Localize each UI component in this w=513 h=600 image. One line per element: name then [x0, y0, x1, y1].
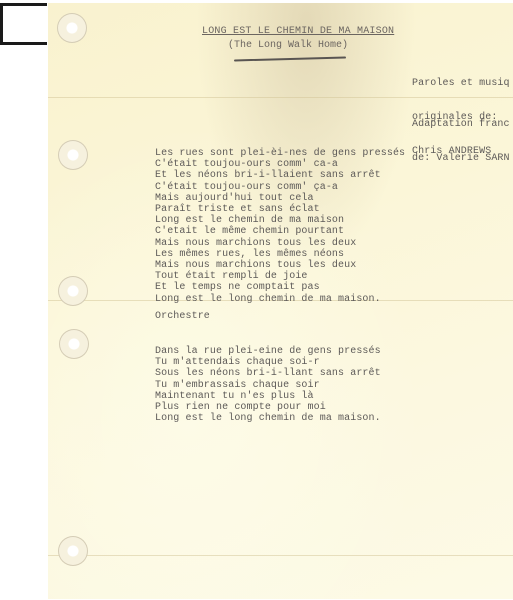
lyric-line: Tu m'embrassais chaque soir: [155, 380, 381, 391]
lyric-line: C'était toujou-ours comm' ça-a: [155, 182, 405, 193]
lyric-line: Les mêmes rues, les mêmes néons: [155, 249, 405, 260]
binder-hole-icon: [58, 536, 88, 566]
credit-line: de: Valerie SARN: [412, 153, 510, 164]
lyric-line: Long est le long chemin de ma maison.: [155, 413, 381, 424]
lyric-line: Plus rien ne compte pour moi: [155, 402, 381, 413]
verse-1: Les rues sont plei-èi-nes de gens pressé…: [155, 148, 405, 305]
lyric-line: Et le temps ne comptait pas: [155, 282, 405, 293]
credit-line: Paroles et musiq: [412, 78, 510, 89]
lyric-line: Tout était rempli de joie: [155, 271, 405, 282]
lyric-line: Long est le long chemin de ma maison.: [155, 294, 405, 305]
paper-fold-line: [48, 555, 513, 556]
scan-border-corner: [0, 3, 47, 45]
credit-line: Adaptation franc: [412, 119, 510, 130]
credits-adaptation: Adaptation franc de: Valerie SARN: [412, 97, 510, 175]
lyric-line: C'etait le même chemin pourtant: [155, 226, 405, 237]
lyric-line: Les rues sont plei-èi-nes de gens pressé…: [155, 148, 405, 159]
lyric-line: Long est le chemin de ma maison: [155, 215, 405, 226]
song-title: LONG EST LE CHEMIN DE MA MAISON: [202, 26, 394, 37]
lyric-line: Sous les néons bri-i-llant sans arrêt: [155, 368, 381, 379]
binder-hole-icon: [59, 329, 89, 359]
lyric-line: Et les néons bri-i-llaient sans arrêt: [155, 170, 405, 181]
section-label: Orchestre: [155, 311, 210, 322]
lyric-line: Paraît triste et sans éclat: [155, 204, 405, 215]
lyric-line: Maintenant tu n'es plus là: [155, 391, 381, 402]
verse-2: Dans la rue plei-eine de gens pressésTu …: [155, 346, 381, 424]
lyric-line: Mais nous marchions tous les deux: [155, 260, 405, 271]
binder-hole-icon: [58, 276, 88, 306]
lyric-line: Mais aujourd'hui tout cela: [155, 193, 405, 204]
lyric-line: Tu m'attendais chaque soi-r: [155, 357, 381, 368]
binder-hole-icon: [57, 13, 87, 43]
song-subtitle: (The Long Walk Home): [228, 40, 348, 51]
lyric-line: C'était toujou-ours comm' ca-a: [155, 159, 405, 170]
lyric-line: Dans la rue plei-eine de gens pressés: [155, 346, 381, 357]
lyric-line: Mais nous marchions tous les deux: [155, 238, 405, 249]
binder-hole-icon: [58, 140, 88, 170]
